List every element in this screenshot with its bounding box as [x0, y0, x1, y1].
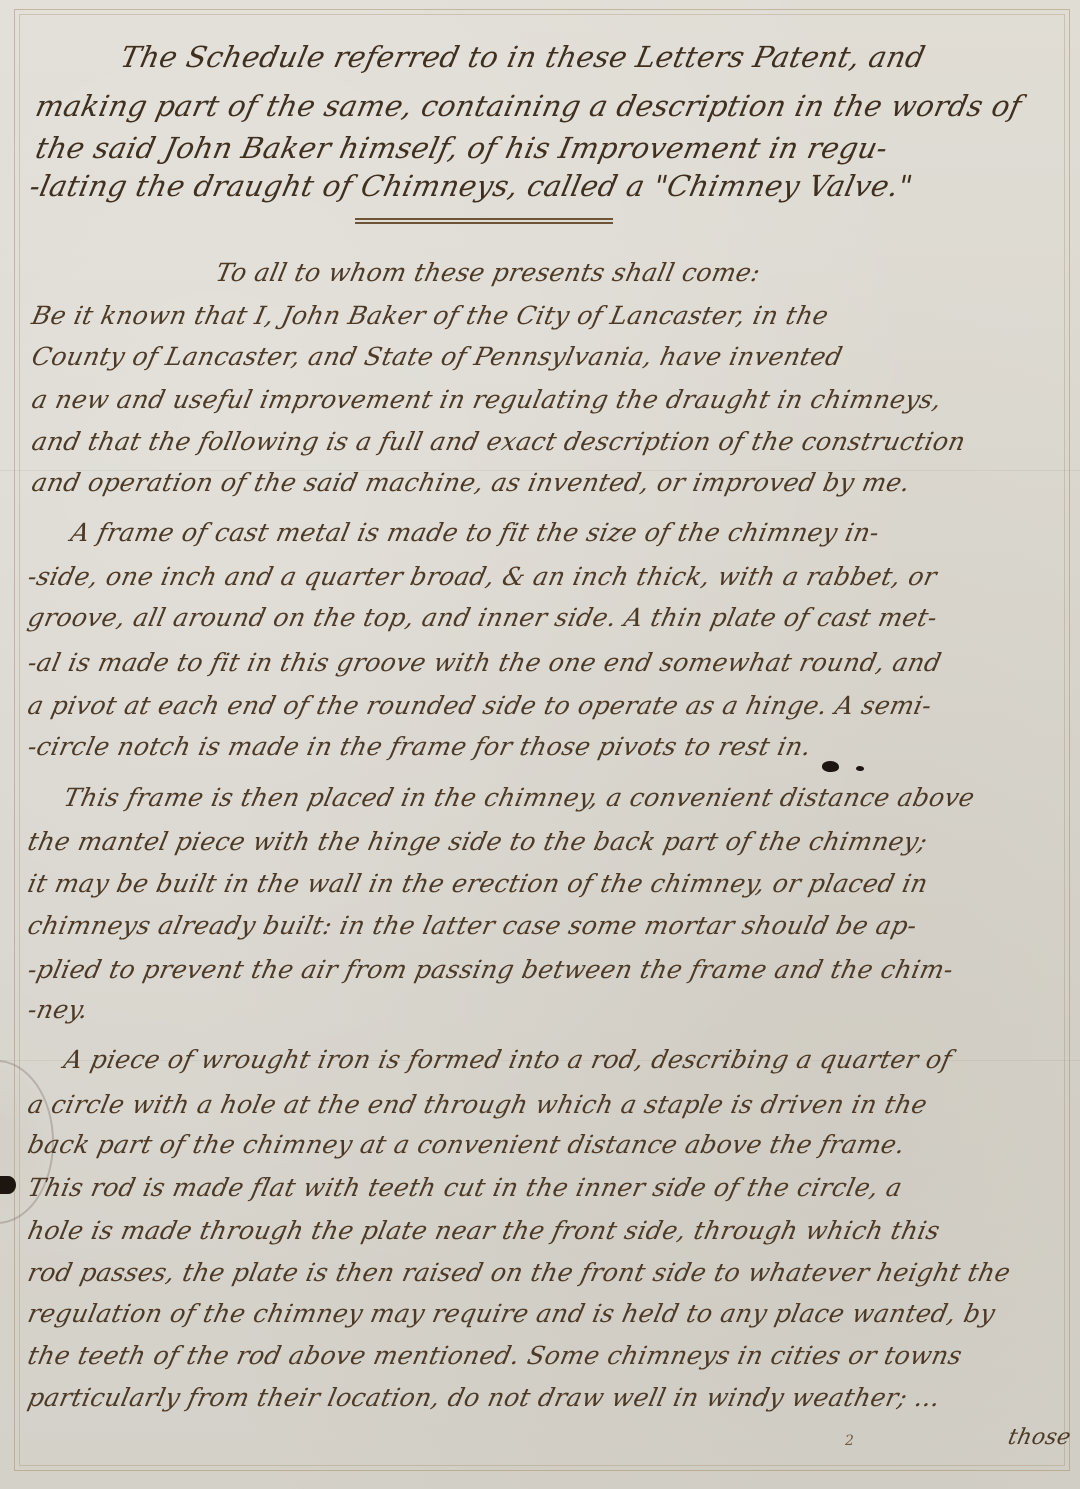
body-line: This frame is then placed in the chimney…: [22, 778, 978, 818]
body-line: it may be built in the wall in the erect…: [22, 864, 932, 904]
heading-line: making part of the same, containing a de…: [22, 86, 1025, 126]
page-mark: 2: [845, 1433, 854, 1449]
body-line: This rod is made flat with teeth cut in …: [22, 1168, 906, 1208]
double-rule-divider: [355, 218, 613, 224]
body-line: the mantel piece with the hinge side to …: [22, 822, 931, 862]
document-page: The Schedule referred to in these Letter…: [0, 0, 1080, 1489]
body-line: A piece of wrought iron is formed into a…: [22, 1040, 955, 1080]
heading-line: the said John Baker himself, of his Impr…: [22, 128, 892, 168]
body-line: County of Lancaster, and State of Pennsy…: [22, 337, 846, 377]
body-line: groove, all around on the top, and inner…: [22, 598, 941, 638]
ink-blot: [856, 766, 864, 771]
heading-line: The Schedule referred to in these Letter…: [22, 37, 929, 77]
body-line: -circle notch is made in the frame for t…: [22, 727, 815, 767]
body-line: -plied to prevent the air from passing b…: [22, 950, 957, 990]
body-line: regulation of the chimney may require an…: [22, 1294, 999, 1334]
body-line: Be it known that I, John Baker of the Ci…: [22, 296, 832, 336]
body-line: -side, one inch and a quarter broad, & a…: [22, 557, 941, 597]
catchword: those: [22, 1418, 1075, 1458]
body-line: a pivot at each end of the rounded side …: [22, 686, 935, 726]
body-line: the teeth of the rod above mentioned. So…: [22, 1336, 966, 1376]
body-line: and that the following is a full and exa…: [22, 422, 969, 462]
body-line: a new and useful improvement in regulati…: [22, 380, 945, 420]
body-line: rod passes, the plate is then raised on …: [22, 1253, 1014, 1293]
body-line: -al is made to fit in this groove with t…: [22, 643, 945, 683]
body-line: back part of the chimney at a convenient…: [22, 1125, 909, 1165]
body-line: hole is made through the plate near the …: [22, 1211, 944, 1251]
ink-blot: [822, 761, 839, 772]
heading-line: -lating the draught of Chimneys, called …: [22, 166, 916, 206]
body-line: a circle with a hole at the end through …: [22, 1085, 931, 1125]
body-line: chimneys already built: in the latter ca…: [22, 906, 921, 946]
salutation: To all to whom these presents shall come…: [22, 253, 764, 293]
body-line: particularly from their location, do not…: [22, 1378, 944, 1418]
ink-blot: [0, 1176, 16, 1194]
body-line: A frame of cast metal is made to fit the…: [22, 513, 883, 553]
body-line: -ney.: [22, 990, 92, 1030]
body-line: and operation of the said machine, as in…: [22, 463, 914, 503]
